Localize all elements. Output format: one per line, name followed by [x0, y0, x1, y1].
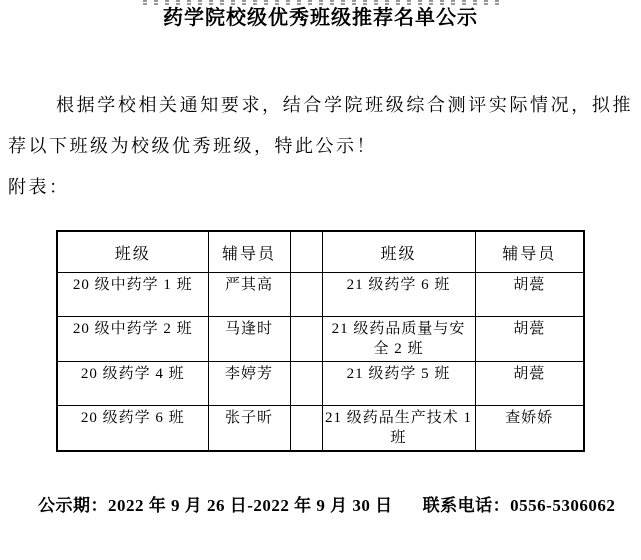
publicity-period: 公示期：2022 年 9 月 26 日-2022 年 9 月 30 日	[38, 491, 393, 516]
document-page: 药学院校级优秀班级推荐名单公示 根据学校相关通知要求，结合学院班级综合测评实际情…	[0, 7, 641, 516]
cell-class-left: 20 级药学 4 班	[57, 362, 208, 406]
cropped-text-artifact	[143, 0, 503, 5]
table-row: 20 级中药学 2 班 马逢时 21 级药品质量与安全 2 班 胡甍	[57, 317, 584, 362]
cell-gap	[290, 317, 322, 362]
table-header-row: 班级 辅导员 班级 辅导员	[57, 231, 584, 273]
table-row: 20 级药学 6 班 张子昕 21 级药品生产技术 1 班 查娇娇	[57, 406, 584, 452]
cell-class-left: 20 级中药学 2 班	[57, 317, 208, 362]
cell-counselor-right: 胡甍	[475, 273, 584, 317]
cell-class-left: 20 级药学 6 班	[57, 406, 208, 452]
table-row: 20 级中药学 1 班 严其高 21 级药学 6 班 胡甍	[57, 273, 584, 317]
cell-counselor-left: 张子昕	[208, 406, 290, 452]
cell-counselor-left: 严其高	[208, 273, 290, 317]
cell-class-right: 21 级药学 5 班	[322, 362, 475, 406]
footer-line: 公示期：2022 年 9 月 26 日-2022 年 9 月 30 日 联系电话…	[38, 491, 633, 516]
cell-class-right: 21 级药品质量与安全 2 班	[322, 317, 475, 362]
recommended-classes-table: 班级 辅导员 班级 辅导员 20 级中药学 1 班 严其高 21 级药学 6 班…	[56, 230, 585, 452]
cell-counselor-right: 胡甍	[475, 362, 584, 406]
table-row: 20 级药学 4 班 李婷芳 21 级药学 5 班 胡甍	[57, 362, 584, 406]
cell-class-right: 21 级药学 6 班	[322, 273, 475, 317]
cell-class-right: 21 级药品生产技术 1 班	[322, 406, 475, 452]
page-title: 药学院校级优秀班级推荐名单公示	[8, 7, 633, 29]
header-counselor-left: 辅导员	[208, 231, 290, 273]
attachment-label: 附表：	[8, 167, 633, 208]
header-counselor-right: 辅导员	[475, 231, 584, 273]
notice-paragraph: 根据学校相关通知要求，结合学院班级综合测评实际情况，拟推荐以下班级为校级优秀班级…	[8, 85, 633, 167]
cell-counselor-left: 马逢时	[208, 317, 290, 362]
cell-counselor-right: 查娇娇	[475, 406, 584, 452]
header-class-right: 班级	[322, 231, 475, 273]
header-gap-column	[290, 231, 322, 273]
header-class-left: 班级	[57, 231, 208, 273]
cell-counselor-right: 胡甍	[475, 317, 584, 362]
cell-counselor-left: 李婷芳	[208, 362, 290, 406]
cell-gap	[290, 273, 322, 317]
contact-phone: 联系电话：0556-5306062	[423, 491, 616, 516]
cell-gap	[290, 406, 322, 452]
cell-gap	[290, 362, 322, 406]
cell-class-left: 20 级中药学 1 班	[57, 273, 208, 317]
